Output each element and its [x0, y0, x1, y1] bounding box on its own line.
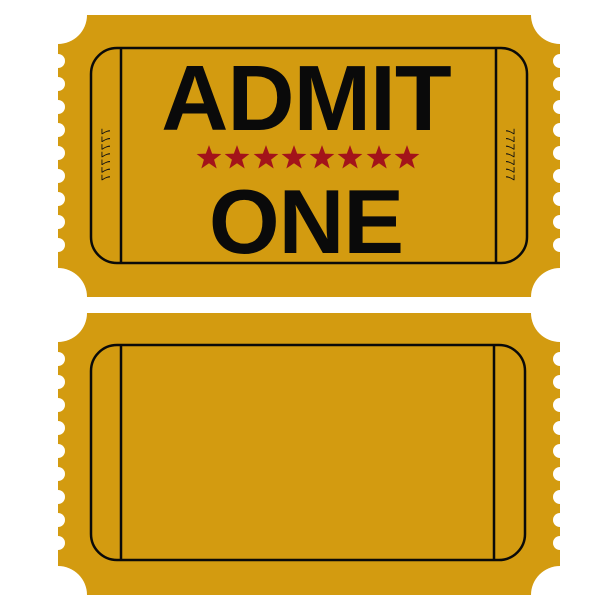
- star-icon: [196, 144, 222, 170]
- one-text: ONE: [0, 177, 612, 268]
- star-icon: [281, 144, 307, 170]
- star-icon: [309, 144, 335, 170]
- star-icon: [394, 144, 420, 170]
- serial-number-right: 7777777: [503, 128, 517, 182]
- blank-ticket: [0, 298, 612, 604]
- serial-number-left: 7777777: [99, 128, 113, 182]
- admit-text: ADMIT: [0, 52, 612, 145]
- star-icon: [224, 144, 250, 170]
- star-row: [196, 144, 420, 170]
- star-icon: [366, 144, 392, 170]
- admit-one-ticket: ADMIT ONE 7777777 7777777: [0, 0, 612, 306]
- star-icon: [337, 144, 363, 170]
- ticket-shape: [0, 298, 612, 604]
- star-icon: [253, 144, 279, 170]
